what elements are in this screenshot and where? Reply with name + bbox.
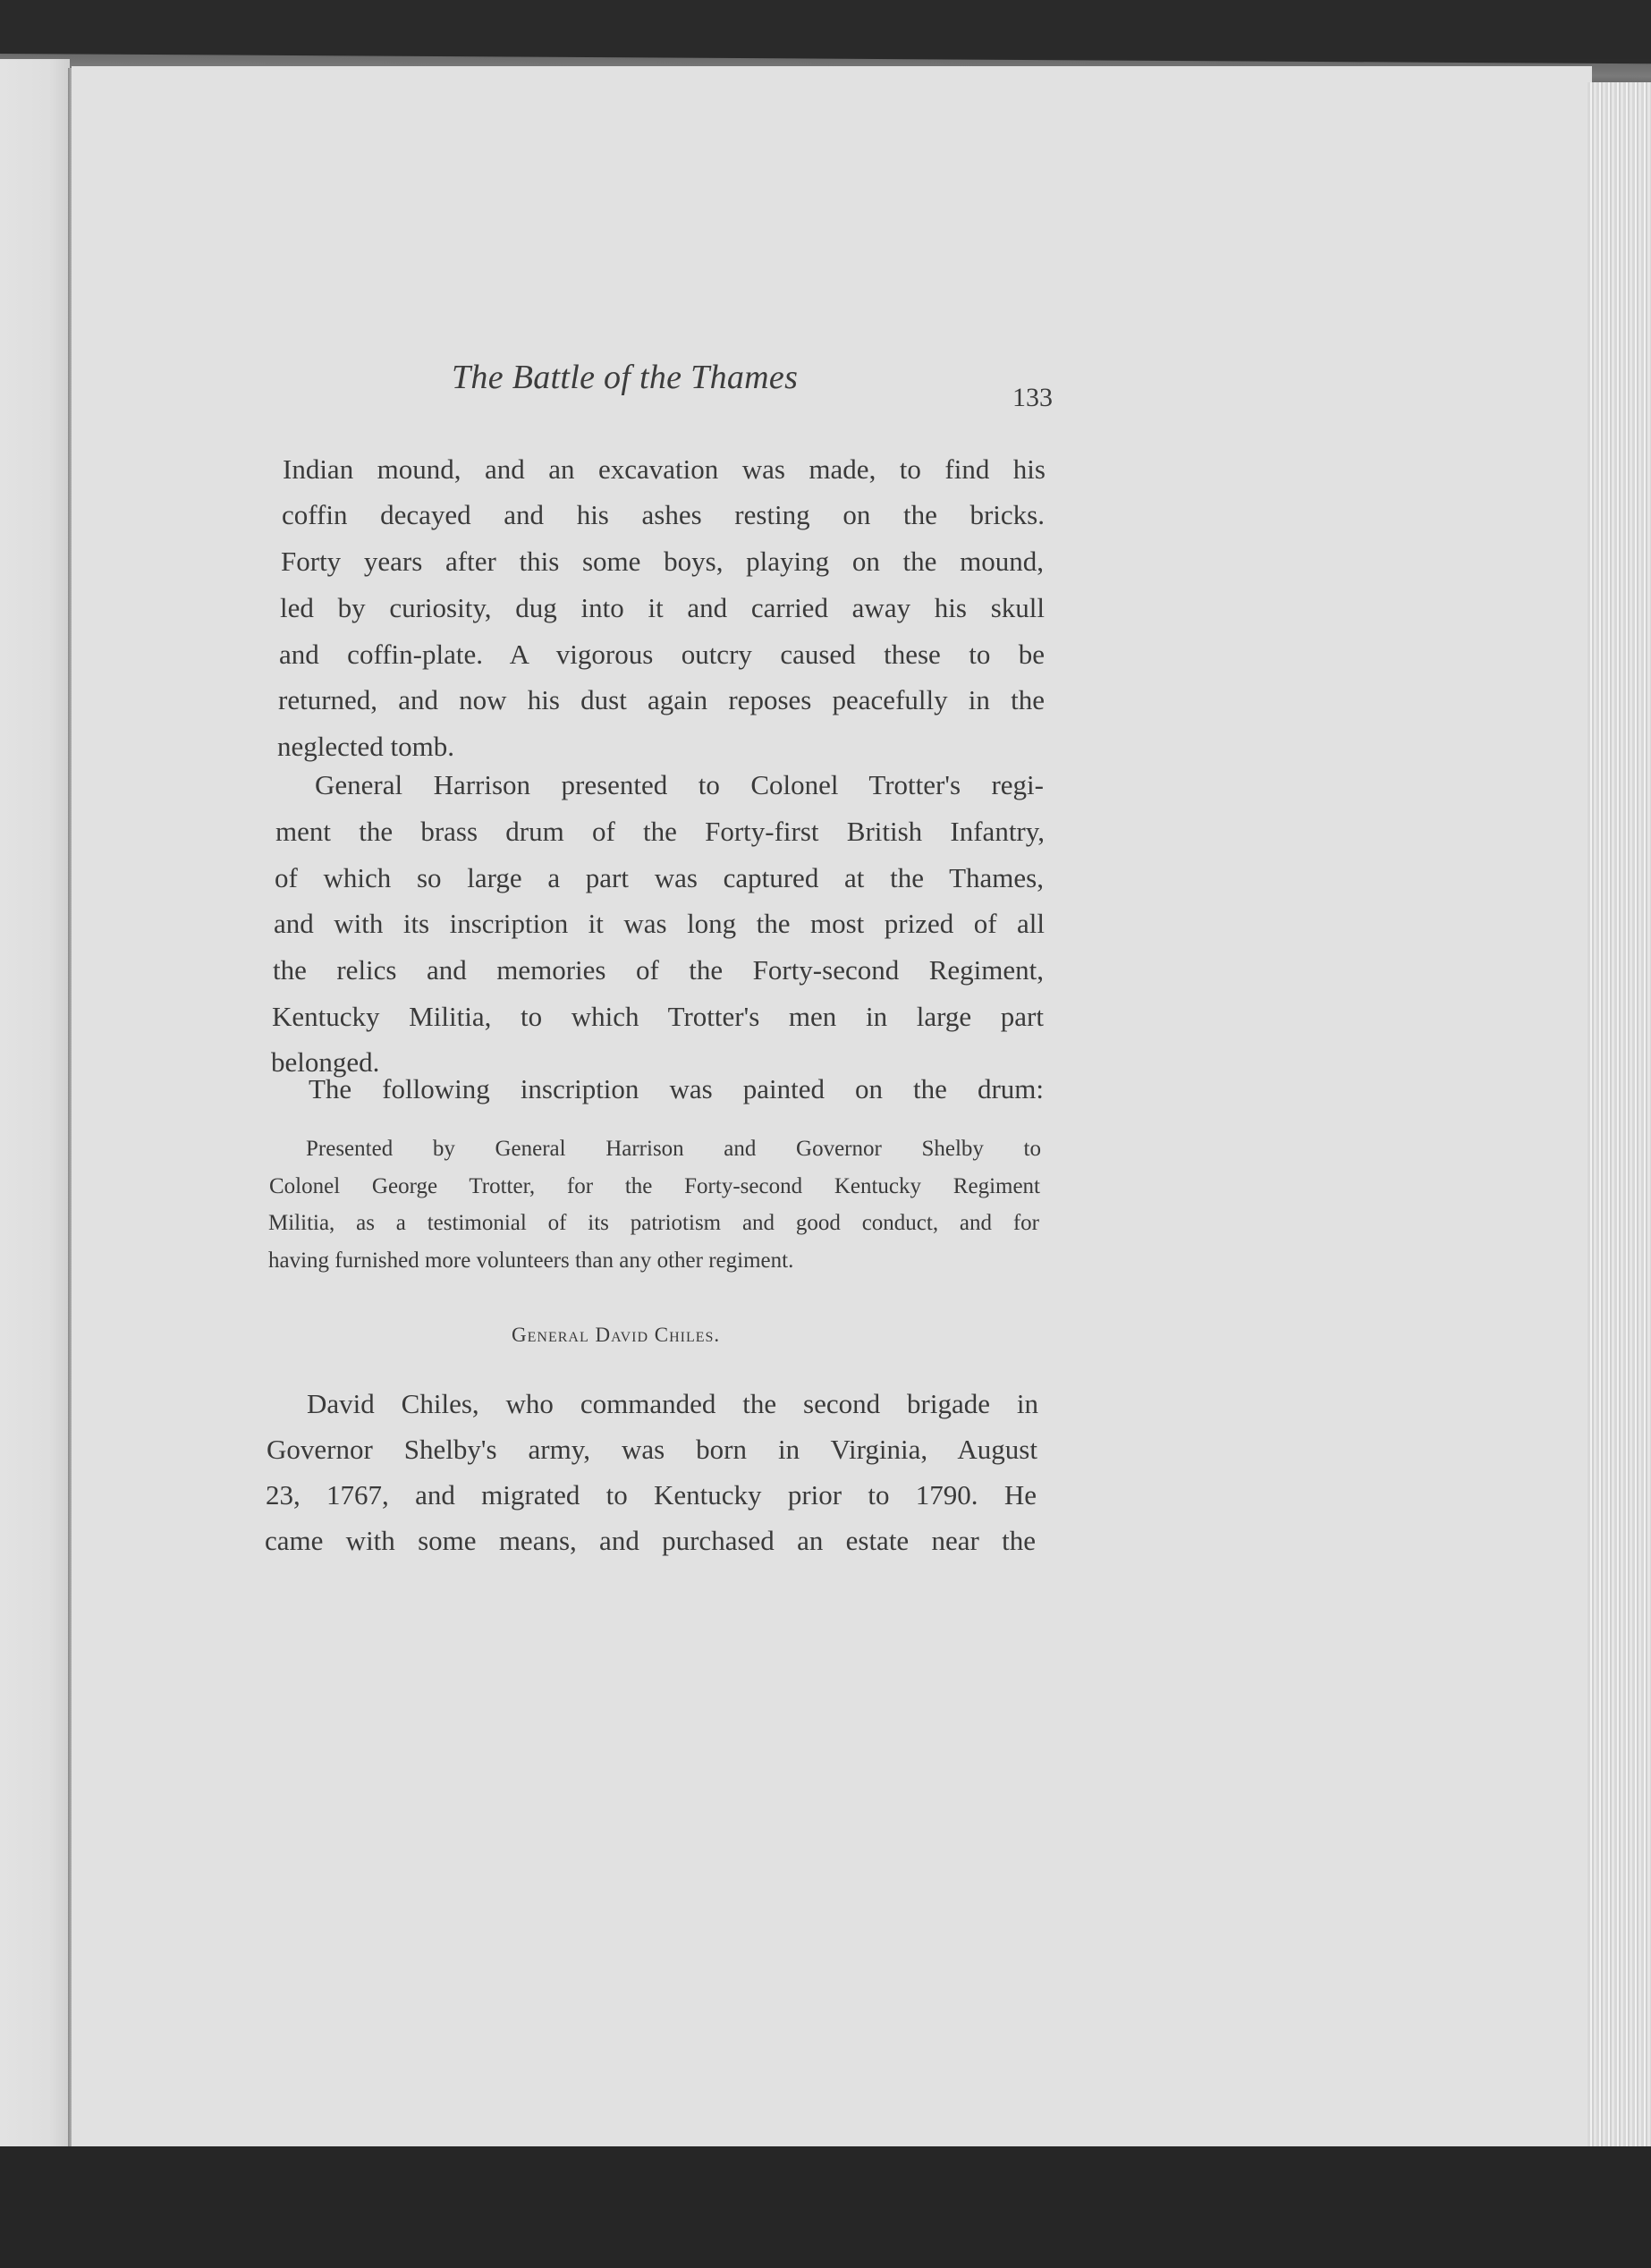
text-line: the relics and memories of the Forty-sec…	[273, 952, 1044, 988]
inscription-line: Colonel George Trotter, for the Forty-se…	[269, 1169, 1040, 1205]
text-line: coffin decayed and his ashes resting on …	[282, 497, 1045, 533]
text-line: Kentucky Militia, to which Trotter's men…	[272, 999, 1044, 1035]
text-line: The following inscription was painted on…	[309, 1071, 1044, 1107]
text-line: Indian mound, and an excavation was made…	[283, 452, 1046, 487]
page-text: The Battle of the Thames 133 Indian moun…	[0, 0, 1651, 2268]
text-line: led by curiosity, dug into it and carrie…	[280, 590, 1045, 626]
text-line: David Chiles, who commanded the second b…	[307, 1386, 1038, 1422]
inscription-line: having furnished more volunteers than an…	[268, 1243, 1039, 1279]
text-line: Forty years after this some boys, playin…	[281, 544, 1044, 580]
page-number: 133	[1012, 383, 1053, 413]
inscription-line: Presented by General Harrison and Govern…	[306, 1131, 1041, 1167]
text-line: General Harrison presented to Colonel Tr…	[315, 767, 1044, 803]
text-line: and coffin-plate. A vigorous outcry caus…	[279, 637, 1045, 673]
text-line: ment the brass drum of the Forty-first B…	[275, 814, 1045, 850]
running-head: The Battle of the Thames	[452, 358, 798, 397]
text-line: neglected tomb.	[277, 729, 1044, 765]
text-line: Governor Shelby's army, was born in Virg…	[267, 1432, 1037, 1468]
text-line: of which so large a part was captured at…	[275, 860, 1044, 896]
text-line: and with its inscription it was long the…	[274, 906, 1045, 942]
inscription-line: Militia, as a testimonial of its patriot…	[268, 1206, 1039, 1241]
text-line: 23, 1767, and migrated to Kentucky prior…	[266, 1477, 1037, 1513]
text-line: returned, and now his dust again reposes…	[278, 682, 1045, 718]
text-line: came with some means, and purchased an e…	[265, 1523, 1036, 1559]
section-heading: General David Chiles.	[512, 1324, 720, 1347]
